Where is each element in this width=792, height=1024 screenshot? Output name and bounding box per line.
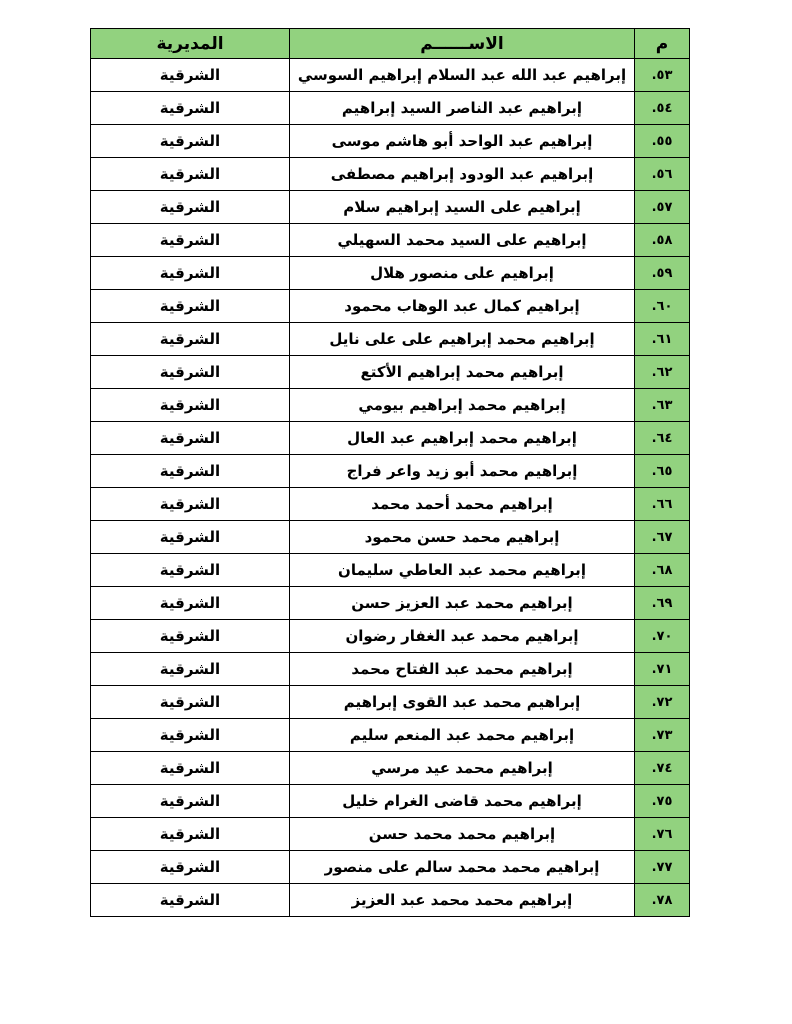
row-number-cell: ٧٨. (635, 884, 690, 917)
row-name-cell: إبراهيم محمد عبد الغفار رضوان (290, 620, 635, 653)
table-row: ٦٧.إبراهيم محمد حسن محمودالشرقية (91, 521, 690, 554)
table-row: ٦٢.إبراهيم محمد إبراهيم الأكتعالشرقية (91, 356, 690, 389)
names-roster-table: م الاســــــم المديرية ٥٣.إبراهيم عبد ال… (90, 28, 690, 917)
table-row: ٧٤.إبراهيم محمد عيد مرسيالشرقية (91, 752, 690, 785)
row-name-cell: إبراهيم محمد إبراهيم على على نايل (290, 323, 635, 356)
row-directorate-cell: الشرقية (91, 125, 290, 158)
row-name-cell: إبراهيم محمد إبراهيم بيومي (290, 389, 635, 422)
row-directorate-cell: الشرقية (91, 620, 290, 653)
row-number-cell: ٥٤. (635, 92, 690, 125)
row-name-cell: إبراهيم على السيد إبراهيم سلام (290, 191, 635, 224)
table-header-row: م الاســــــم المديرية (91, 29, 690, 59)
table-row: ٧٦.إبراهيم محمد محمد حسنالشرقية (91, 818, 690, 851)
table-row: ٧٧.إبراهيم محمد محمد سالم على منصورالشرق… (91, 851, 690, 884)
row-directorate-cell: الشرقية (91, 290, 290, 323)
row-number-cell: ٥٨. (635, 224, 690, 257)
table-row: ٥٦.إبراهيم عبد الودود إبراهيم مصطفىالشرق… (91, 158, 690, 191)
row-number-cell: ٦٦. (635, 488, 690, 521)
row-number-cell: ٥٩. (635, 257, 690, 290)
row-name-cell: إبراهيم كمال عبد الوهاب محمود (290, 290, 635, 323)
row-directorate-cell: الشرقية (91, 455, 290, 488)
row-name-cell: إبراهيم محمد عبد العزيز حسن (290, 587, 635, 620)
row-directorate-cell: الشرقية (91, 752, 290, 785)
row-directorate-cell: الشرقية (91, 422, 290, 455)
table-row: ٦٨.إبراهيم محمد عبد العاطي سليمانالشرقية (91, 554, 690, 587)
row-directorate-cell: الشرقية (91, 521, 290, 554)
row-number-cell: ٦١. (635, 323, 690, 356)
table-row: ٥٤.إبراهيم عبد الناصر السيد إبراهيمالشرق… (91, 92, 690, 125)
row-number-cell: ٦٤. (635, 422, 690, 455)
row-name-cell: إبراهيم محمد عبد العاطي سليمان (290, 554, 635, 587)
row-directorate-cell: الشرقية (91, 92, 290, 125)
table-row: ٧١.إبراهيم محمد عبد الفتاح محمدالشرقية (91, 653, 690, 686)
table-row: ٦٠.إبراهيم كمال عبد الوهاب محمودالشرقية (91, 290, 690, 323)
table-row: ٥٣.إبراهيم عبد الله عبد السلام إبراهيم ا… (91, 59, 690, 92)
row-name-cell: إبراهيم محمد إبراهيم الأكتع (290, 356, 635, 389)
table-row: ٥٨.إبراهيم على السيد محمد السهيليالشرقية (91, 224, 690, 257)
row-name-cell: إبراهيم عبد الودود إبراهيم مصطفى (290, 158, 635, 191)
row-name-cell: إبراهيم على السيد محمد السهيلي (290, 224, 635, 257)
row-name-cell: إبراهيم محمد عبد المنعم سليم (290, 719, 635, 752)
row-name-cell: إبراهيم محمد إبراهيم عبد العال (290, 422, 635, 455)
row-number-cell: ٦٨. (635, 554, 690, 587)
table-row: ٥٧.إبراهيم على السيد إبراهيم سلامالشرقية (91, 191, 690, 224)
table-row: ٧٨.إبراهيم محمد محمد عبد العزيزالشرقية (91, 884, 690, 917)
row-directorate-cell: الشرقية (91, 389, 290, 422)
row-name-cell: إبراهيم محمد محمد حسن (290, 818, 635, 851)
row-number-cell: ٦٢. (635, 356, 690, 389)
row-number-cell: ٧٦. (635, 818, 690, 851)
row-directorate-cell: الشرقية (91, 719, 290, 752)
row-directorate-cell: الشرقية (91, 59, 290, 92)
table-row: ٧٥.إبراهيم محمد قاضى الغرام خليلالشرقية (91, 785, 690, 818)
row-number-cell: ٥٥. (635, 125, 690, 158)
row-directorate-cell: الشرقية (91, 224, 290, 257)
table-row: ٦٤.إبراهيم محمد إبراهيم عبد العالالشرقية (91, 422, 690, 455)
column-header-number: م (635, 29, 690, 59)
row-number-cell: ٦٩. (635, 587, 690, 620)
table-row: ٦٦.إبراهيم محمد أحمد محمدالشرقية (91, 488, 690, 521)
table-row: ٧٠.إبراهيم محمد عبد الغفار رضوانالشرقية (91, 620, 690, 653)
row-number-cell: ٥٣. (635, 59, 690, 92)
row-name-cell: إبراهيم عبد الله عبد السلام إبراهيم السو… (290, 59, 635, 92)
row-name-cell: إبراهيم محمد محمد عبد العزيز (290, 884, 635, 917)
row-number-cell: ٦٧. (635, 521, 690, 554)
row-directorate-cell: الشرقية (91, 191, 290, 224)
row-directorate-cell: الشرقية (91, 554, 290, 587)
row-directorate-cell: الشرقية (91, 785, 290, 818)
table-row: ٥٩.إبراهيم على منصور هلالالشرقية (91, 257, 690, 290)
table-row: ٦٩.إبراهيم محمد عبد العزيز حسنالشرقية (91, 587, 690, 620)
row-number-cell: ٦٠. (635, 290, 690, 323)
row-number-cell: ٧٧. (635, 851, 690, 884)
row-directorate-cell: الشرقية (91, 356, 290, 389)
row-directorate-cell: الشرقية (91, 653, 290, 686)
row-number-cell: ٥٦. (635, 158, 690, 191)
row-number-cell: ٧٥. (635, 785, 690, 818)
row-directorate-cell: الشرقية (91, 257, 290, 290)
row-name-cell: إبراهيم محمد عيد مرسي (290, 752, 635, 785)
row-directorate-cell: الشرقية (91, 158, 290, 191)
row-number-cell: ٧١. (635, 653, 690, 686)
row-number-cell: ٦٥. (635, 455, 690, 488)
row-name-cell: إبراهيم على منصور هلال (290, 257, 635, 290)
row-directorate-cell: الشرقية (91, 323, 290, 356)
row-number-cell: ٥٧. (635, 191, 690, 224)
row-name-cell: إبراهيم محمد محمد سالم على منصور (290, 851, 635, 884)
column-header-name: الاســــــم (290, 29, 635, 59)
row-directorate-cell: الشرقية (91, 488, 290, 521)
row-number-cell: ٧٣. (635, 719, 690, 752)
row-name-cell: إبراهيم محمد عبد الفتاح محمد (290, 653, 635, 686)
row-name-cell: إبراهيم محمد حسن محمود (290, 521, 635, 554)
table-body: ٥٣.إبراهيم عبد الله عبد السلام إبراهيم ا… (91, 59, 690, 917)
row-directorate-cell: الشرقية (91, 686, 290, 719)
row-directorate-cell: الشرقية (91, 587, 290, 620)
table-row: ٥٥.إبراهيم عبد الواحد أبو هاشم موسىالشرق… (91, 125, 690, 158)
table-row: ٧٢.إبراهيم محمد عبد القوى إبراهيمالشرقية (91, 686, 690, 719)
row-number-cell: ٧٠. (635, 620, 690, 653)
column-header-directorate: المديرية (91, 29, 290, 59)
row-name-cell: إبراهيم عبد الواحد أبو هاشم موسى (290, 125, 635, 158)
table-row: ٦١.إبراهيم محمد إبراهيم على على نايلالشر… (91, 323, 690, 356)
row-name-cell: إبراهيم محمد أبو زيد واعر فراج (290, 455, 635, 488)
table-row: ٧٣.إبراهيم محمد عبد المنعم سليمالشرقية (91, 719, 690, 752)
row-name-cell: إبراهيم عبد الناصر السيد إبراهيم (290, 92, 635, 125)
row-number-cell: ٧٢. (635, 686, 690, 719)
table-row: ٦٣.إبراهيم محمد إبراهيم بيوميالشرقية (91, 389, 690, 422)
row-directorate-cell: الشرقية (91, 851, 290, 884)
row-directorate-cell: الشرقية (91, 818, 290, 851)
document-page: م الاســــــم المديرية ٥٣.إبراهيم عبد ال… (0, 0, 792, 1024)
row-name-cell: إبراهيم محمد عبد القوى إبراهيم (290, 686, 635, 719)
table-row: ٦٥.إبراهيم محمد أبو زيد واعر فراجالشرقية (91, 455, 690, 488)
row-number-cell: ٦٣. (635, 389, 690, 422)
row-name-cell: إبراهيم محمد أحمد محمد (290, 488, 635, 521)
row-number-cell: ٧٤. (635, 752, 690, 785)
row-name-cell: إبراهيم محمد قاضى الغرام خليل (290, 785, 635, 818)
row-directorate-cell: الشرقية (91, 884, 290, 917)
